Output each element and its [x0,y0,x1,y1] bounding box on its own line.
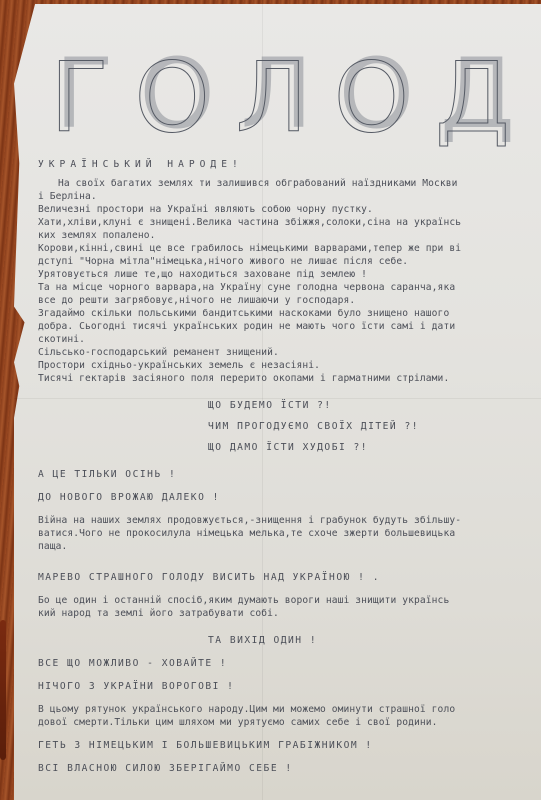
question-line: ЩО БУДЕМО ЇСТИ ?! [38,399,538,412]
title-letter: Д [435,50,510,146]
war-paragraph: Війна на наших землях продовжується,-зни… [38,514,538,553]
text-line: Урятовується лише те,що находиться захов… [38,268,538,281]
text-line: дової смерти.Тільки цим шляхом ми урятує… [38,716,538,729]
enemy-paragraph: Бо це один і останній спосіб,яким думают… [38,594,538,620]
questions-block: ЩО БУДЕМО ЇСТИ ?! ЧИМ ПРОГОДУЄМО СВОЇХ Д… [38,399,538,454]
text-line: Війна на наших землях продовжується,-зни… [38,514,538,527]
text-line: скотині. [38,333,538,346]
text-line: Сільсько-господарський реманент знищений… [38,346,538,359]
question-line: ЩО ДАМО ЇСТИ ХУДОБІ ?! [38,441,538,454]
title-letter: О [134,50,210,146]
slogan-line: ВСЕ ЩО МОЖЛИВО - ХОВАЙТЕ ! [38,657,538,670]
slogan-line: ГЕТЬ З НІМЕЦЬКИМ І БОЛЬШЕВИЦЬКИМ ГРАБІЖН… [38,739,538,752]
text-line: На своїх багатих землях ти залишився обг… [38,177,538,190]
title-letter: Г [50,50,109,146]
intro-paragraph: На своїх багатих землях ти залишився обг… [38,177,538,385]
paper-tear-stain [0,620,6,760]
rescue-paragraph: В цьому рятунок українського народу.Цим … [38,703,538,729]
title-letter: Л [236,50,308,146]
text-line: Простори східньо-українських земель є не… [38,359,538,372]
text-line: дступі "Чорна мітла"німецька,нічого живо… [38,255,538,268]
marevo-slogan: МАРЕВО СТРАШНОГО ГОЛОДУ ВИСИТЬ НАД УКРАЇ… [38,571,538,584]
slogans-block-b: ВСЕ ЩО МОЖЛИВО - ХОВАЙТЕ ! НІЧОГО З УКРА… [38,657,538,693]
text-line: Та на місце чорного варвара,на Україну с… [38,281,538,294]
leaflet-title: Г О Л О Д [50,48,510,148]
question-line: ЧИМ ПРОГОДУЄМО СВОЇХ ДІТЕЙ ?! [38,420,538,433]
slogan-line: ДО НОВОГО ВРОЖАЮ ДАЛЕКО ! [38,491,538,504]
text-line: добра. Сьогодні тисячі українських родин… [38,320,538,333]
text-line: В цьому рятунок українського народу.Цим … [38,703,538,716]
text-line: Тисячі гектарів засіяного поля перерито … [38,372,538,385]
slogans-block-a: А ЦЕ ТІЛЬКИ ОСІНЬ ! ДО НОВОГО ВРОЖАЮ ДАЛ… [38,468,538,504]
text-line: Величезні простори на Україні являють со… [38,203,538,216]
text-line: Хати,хліви,клуні є знищені.Велика частин… [38,216,538,229]
text-line: Бо це один і останній спосіб,яким думают… [38,594,538,607]
text-line: все до решти загрябовує,нічого не лишаюч… [38,294,538,307]
text-line: і Берліна. [38,190,538,203]
text-line: ких землях попалено. [38,229,538,242]
slogan-line: А ЦЕ ТІЛЬКИ ОСІНЬ ! [38,468,538,481]
slogan-line: НІЧОГО З УКРАЇНИ ВОРОГОВІ ! [38,680,538,693]
text-line: кий народ та землі його затрабувати собі… [38,607,538,620]
address-heading: УКРАЇНСЬКИЙ НАРОДЕ! [38,158,538,171]
title-letter: О [334,50,410,146]
text-line: ватися.Чого не прокосилула німецька мель… [38,527,538,540]
exit-heading: ТА ВИХІД ОДИН ! [38,634,538,647]
final-slogans: ГЕТЬ З НІМЕЦЬКИМ І БОЛЬШЕВИЦЬКИМ ГРАБІЖН… [38,739,538,775]
leaflet-body: УКРАЇНСЬКИЙ НАРОДЕ! На своїх багатих зем… [38,158,538,785]
text-line: Згадаймо скільки польськими бандитськими… [38,307,538,320]
slogan-line: ВСІ ВЛАСНОЮ СИЛОЮ ЗБЕРІГАЙМО СЕБЕ ! [38,762,538,775]
text-line: паща. [38,540,538,553]
text-line: Корови,кінні,свині це все грабилось німе… [38,242,538,255]
